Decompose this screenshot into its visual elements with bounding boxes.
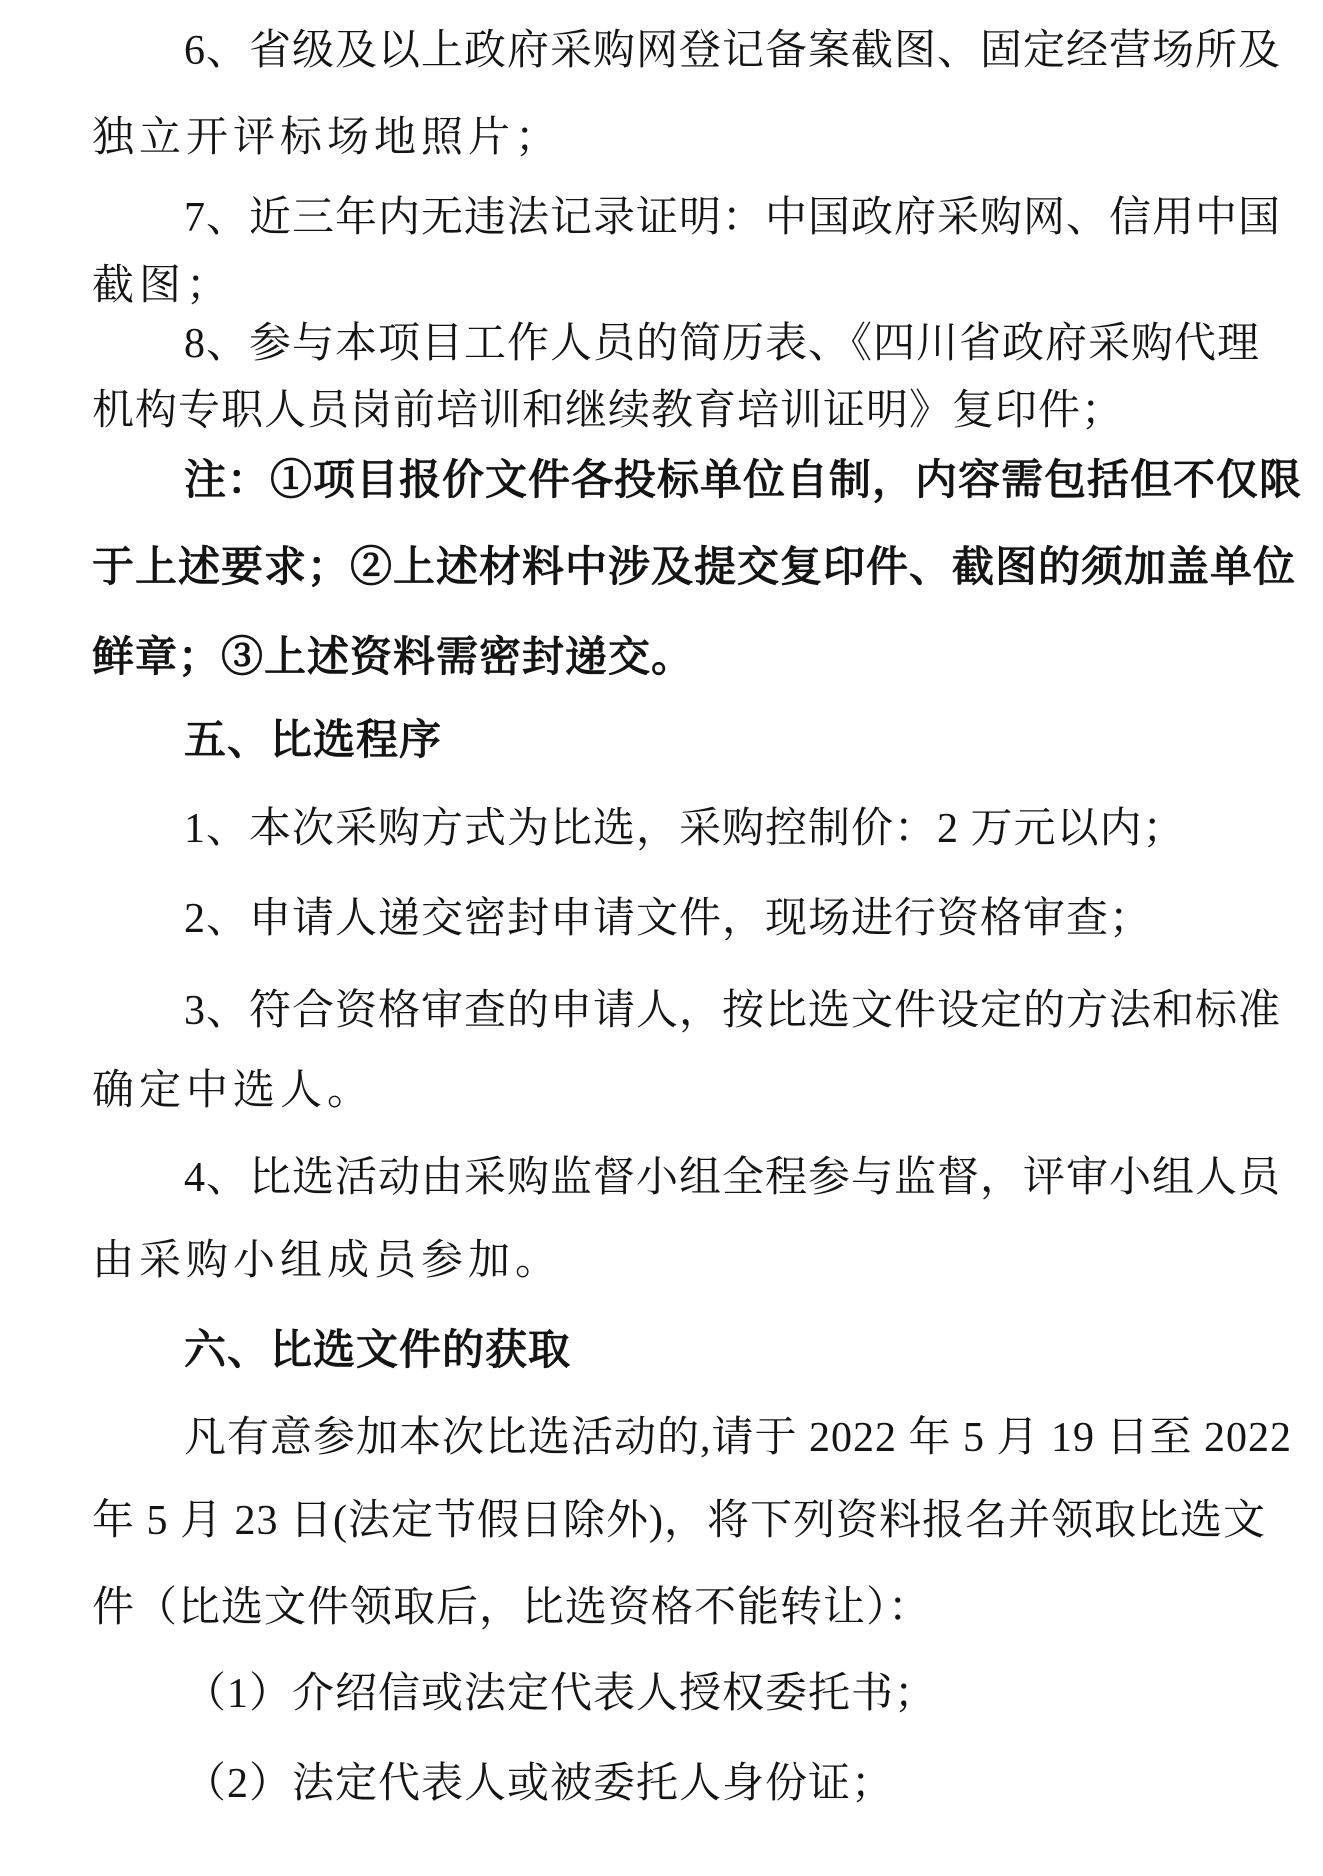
material-item-2: （2）法定代表人或被委托人身份证；	[184, 1757, 894, 1811]
list-item-8-line-1: 8、参与本项目工作人员的简历表、《四川省政府采购代理	[184, 317, 1260, 371]
obtain-intro-line-2: 年 5 月 23 日(法定节假日除外)，将下列资料报名并领取比选文	[92, 1494, 1266, 1548]
list-item-8-line-2: 机构专职人员岗前培训和继续教育培训证明》复印件；	[92, 384, 1124, 438]
note-line-2: 于上述要求；②上述材料中涉及提交复印件、截图的须加盖单位	[92, 541, 1296, 595]
note-line-1: 注：①项目报价文件各投标单位自制，内容需包括但不仅限	[184, 454, 1302, 508]
list-item-7-line-1: 7、近三年内无违法记录证明：中国政府采购网、信用中国	[184, 191, 1281, 245]
note-line-3: 鲜章；③上述资料需密封递交。	[92, 631, 694, 685]
procedure-item-3-line-2: 确定中选人。	[92, 1064, 374, 1118]
list-item-7-line-2: 截图；	[92, 259, 233, 313]
obtain-intro-line-3: 件（比选文件领取后，比选资格不能转让）：	[92, 1581, 931, 1635]
procedure-item-4-line-2: 由采购小组成员参加。	[92, 1234, 562, 1288]
material-item-1: （1）介绍信或法定代表人授权委托书；	[184, 1667, 937, 1721]
list-item-6-line-2: 独立开评标场地照片；	[92, 111, 562, 165]
section-heading-5: 五、比选程序	[184, 714, 442, 768]
list-item-6-line-1: 6、省级及以上政府采购网登记备案截图、固定经营场所及	[184, 24, 1281, 78]
obtain-intro-line-1: 凡有意参加本次比选活动的,请于 2022 年 5 月 19 日至 2022	[184, 1411, 1292, 1465]
scanned-document-page: 6、省级及以上政府采购网登记备案截图、固定经营场所及 独立开评标场地照片； 7、…	[0, 0, 1323, 1876]
procedure-item-1: 1、本次采购方式为比选，采购控制价：2 万元以内；	[184, 802, 1186, 856]
procedure-item-4-line-1: 4、比选活动由采购监督小组全程参与监督，评审小组人员	[184, 1151, 1281, 1205]
section-heading-6: 六、比选文件的获取	[184, 1324, 571, 1378]
procedure-item-2: 2、申请人递交密封申请文件，现场进行资格审查；	[184, 892, 1152, 946]
procedure-item-3-line-1: 3、符合资格审查的申请人，按比选文件设定的方法和标准	[184, 984, 1281, 1038]
